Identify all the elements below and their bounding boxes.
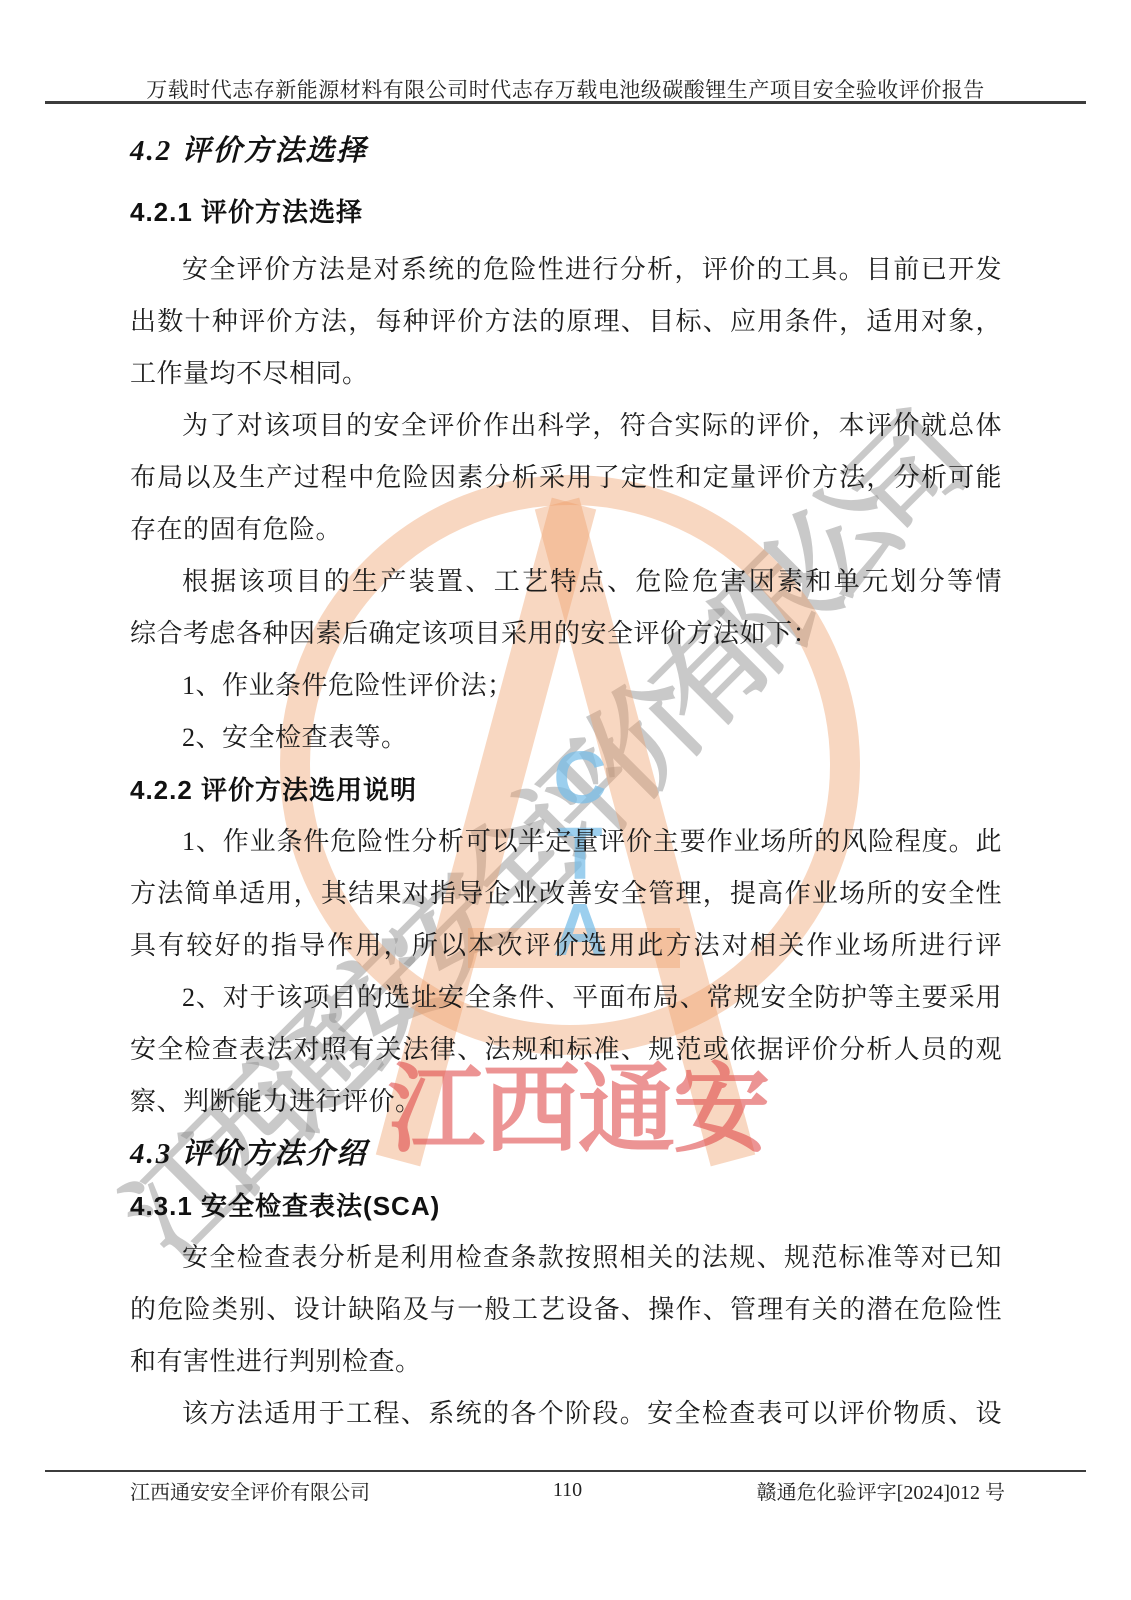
body-line: 综合考虑各种因素后确定该项目采用的安全评价方法如下： [130,608,1002,660]
body-line: 工作量均不尽相同。 [130,348,1002,400]
body-text: 安全评价方法是对系统的危险性进行分析，评价的工具。目前已开发 出数十种评价方法，… [130,244,1002,1440]
body-line: 该方法适用于工程、系统的各个阶段。安全检查表可以评价物质、设 [130,1388,1002,1440]
body-line: 存在的固有危险。 [130,504,1002,556]
footer-rule [45,1470,1086,1472]
body-line: 2、对于该项目的选址安全条件、平面布局、常规安全防护等主要采用 [130,972,1002,1024]
footer-company: 江西通安安全评价有限公司 [130,1476,370,1505]
body-line: 1、作业条件危险性分析可以半定量评价主要作业场所的风险程度。此 [130,816,1002,868]
body-line: 安全检查表法对照有关法律、法规和标准、规范或依据评价分析人员的观 [130,1024,1002,1076]
body-line: 安全评价方法是对系统的危险性进行分析，评价的工具。目前已开发 [130,244,1002,296]
report-page: 江西通安安全评价有限公司 CTA 江西通安 万载时代志存新能源材料有限公司时代志… [0,0,1131,1600]
body-line: 根据该项目的生产装置、工艺特点、危险危害因素和单元划分等情况， [130,556,1002,608]
body-line: 为了对该项目的安全评价作出科学，符合实际的评价，本评价就总体 [130,400,1002,452]
body-line: 安全检查表分析是利用检查条款按照相关的法规、规范标准等对已知 [130,1232,1002,1284]
body-line: 和有害性进行判别检查。 [130,1336,1002,1388]
body-line: 出数十种评价方法，每种评价方法的原理、目标、应用条件，适用对象， [130,296,1002,348]
section-4-2-2-heading: 4.2.2 评价方法选用说明 [130,764,1002,816]
body-line: 察、判断能力进行评价。 [130,1076,1002,1128]
section-4-3-heading: 4.3 评价方法介绍 [130,1128,1002,1180]
section-4-3-1-heading: 4.3.1 安全检查表法(SCA) [130,1180,1002,1232]
page-header-title: 万载时代志存新能源材料有限公司时代志存万载电池级碳酸锂生产项目安全验收评价报告 [0,74,1131,104]
body-line: 布局以及生产过程中危险因素分析采用了定性和定量评价方法，分析可能 [130,452,1002,504]
section-4-2-heading: 4.2 评价方法选择 [130,122,368,180]
body-line: 具有较好的指导作用，所以本次评价选用此方法对相关作业场所进行评价。 [130,920,1002,972]
footer-doc-number: 赣通危化验评字[2024]012 号 [757,1476,1005,1505]
page-footer: 110 江西通安安全评价有限公司 赣通危化验评字[2024]012 号 [130,1476,1005,1505]
body-line: 的危险类别、设计缺陷及与一般工艺设备、操作、管理有关的潜在危险性 [130,1284,1002,1336]
section-4-2-1-heading: 4.2.1 评价方法选择 [130,180,363,244]
body-line: 方法简单适用，其结果对指导企业改善安全管理，提高作业场所的安全性 [130,868,1002,920]
list-item: 1、作业条件危险性评价法； [130,660,1002,712]
header-rule [45,101,1086,104]
list-item: 2、安全检查表等。 [130,712,1002,764]
